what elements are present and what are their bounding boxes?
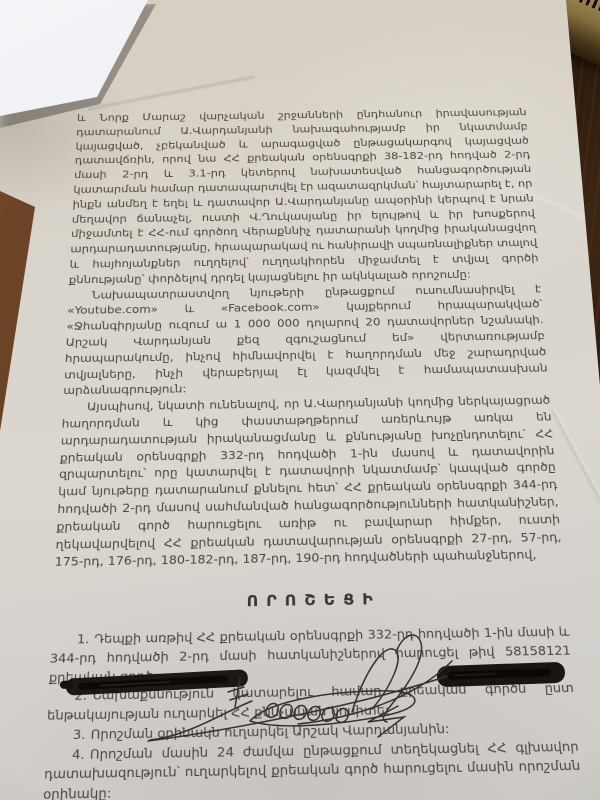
document-body: և Նորք Մարաշ վարչական շրջանների ընդհանու… bbox=[49, 106, 572, 674]
item-number: 4. bbox=[72, 747, 85, 763]
decision-item: 1.Դեպքի առթիվ ՀՀ քրեական օրենսգրքի 332-ր… bbox=[48, 624, 573, 689]
paragraph-judgment-context: և Նորք Մարաշ վարչական շրջանների ընդհանու… bbox=[68, 106, 540, 289]
decision-item: 4.Որոշման մասին 24 ժամվա ընթացքում տեղեկ… bbox=[43, 738, 583, 800]
item-text: Նախաքննություն կատարելու համար քրեական գ… bbox=[47, 681, 575, 724]
item-text: Դեպքի առթիվ ՀՀ քրեական օրենսգրքի 332-րդ … bbox=[49, 625, 572, 686]
item-text: Որոշման օրինակն ուղարկել Արշակ Վարդանյան… bbox=[90, 722, 449, 743]
item-number: 2. bbox=[74, 689, 87, 705]
photo-of-document: և Նորք Մարաշ վարչական շրջանների ընդհանու… bbox=[0, 0, 600, 800]
item-number: 1. bbox=[77, 632, 90, 647]
item-number: 3. bbox=[73, 727, 86, 743]
document-page: և Նորք Մարաշ վարչական շրջանների ընդհանու… bbox=[0, 0, 600, 800]
item-text: Որոշման մասին 24 ժամվա ընթացքում տեղեկաց… bbox=[43, 739, 581, 800]
paper-crease bbox=[87, 76, 254, 110]
paragraph-legal-grounds: Այսպիսով, նկատի ունենալով, որ Ա.Վարդանյա… bbox=[54, 393, 563, 572]
paragraph-published-material: Նախապատրաստվող նյութերի ընթացքում ուսում… bbox=[63, 282, 550, 400]
decision-heading: ՈՐՈՇԵՑԻ bbox=[52, 588, 567, 614]
